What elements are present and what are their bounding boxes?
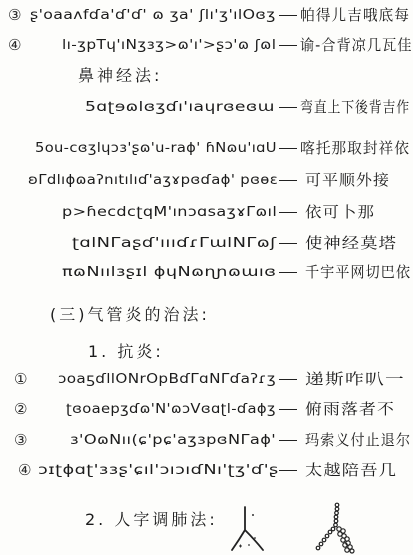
chinese-translation: 依可卜那 xyxy=(305,202,375,222)
dash-separator: — xyxy=(279,45,297,46)
section-heading: 鼻神经法: xyxy=(78,65,162,87)
dash-separator: — xyxy=(279,470,297,471)
dash-separator: — xyxy=(279,148,297,149)
dash-separator: — xyxy=(279,212,297,213)
text-line: p>ɦecdcʈqM'ınɔɑsaʒɤΓɷıl — 依可卜那 xyxy=(0,202,413,224)
chinese-translation: 递斯咋叭一 xyxy=(305,369,405,389)
dash-separator: — xyxy=(279,440,297,441)
text-line: ④ lı-ʒpTɥ'ıNʒɜʒ>ɷ'ı'>ʂɔ'ɷ ʃɷl — 谕-合背凉几瓦佳 xyxy=(0,35,413,57)
dash-separator: — xyxy=(279,243,297,244)
dash-separator: — xyxy=(279,15,297,16)
chinese-translation: 千宇平网切巴依 xyxy=(305,262,411,282)
text-line: ② ʈɞoaepʒɗɷ'N'ɷɔVɞɑʈl-ɗaɸʒ — 俯雨落者不 xyxy=(0,399,413,421)
circled-number: ② xyxy=(14,400,27,418)
script-text: p>ɦecdcʈqM'ınɔɑsaʒɤΓɷıl xyxy=(62,204,277,222)
circled-number: ④ xyxy=(8,36,21,54)
script-text: ʈɑlNΓaʂɗ'ıııɗɾΓɯlNΓɷʃ xyxy=(72,235,277,253)
subsection-heading: 1. 抗炎: xyxy=(88,341,164,363)
text-line: ③ ɜ'OɷNıı(ɕ'pɕ'aʒɜpɞNΓaɸ' — 玛索义付止退尔 xyxy=(0,430,413,452)
circled-number: ④ xyxy=(18,461,31,479)
chinese-translation: 太越陪吾几 xyxy=(305,460,397,480)
text-line: ④ ɔɪʈɸɑʈ'ɜɜʂ'ɕıl'ɔıɔıɗNı'ʈʒ'ɗ'ʂ — 太越陪吾几 xyxy=(0,460,413,482)
chinese-translation: 谕-合背凉几瓦佳 xyxy=(300,35,412,55)
script-text: ɜ'OɷNıı(ɕ'pɕ'aʒɜpɞNΓaɸ' xyxy=(70,432,276,450)
beaded-inverted-y-sketch-icon xyxy=(312,498,362,555)
script-text: ɔɪʈɸɑʈ'ɜɜʂ'ɕıl'ɔıɔıɗNı'ʈʒ'ɗ'ʂ xyxy=(38,462,279,480)
circled-number: ③ xyxy=(14,431,27,449)
text-line: ʚΓdlıɸɷaʔnıtılıɗ'aʒɤpɞɗaɸ' pɞɵɛ — 可平顺外接 xyxy=(0,170,413,192)
text-line: 5ou-cɞʒlɥɔɜ'ʂɷ'u-raɸ' ɦNɷu'ıɑU — 喀托那取封祥依 xyxy=(0,138,413,160)
script-text: ʚΓdlıɸɷaʔnıtılıɗ'aʒɤpɞɗaɸ' pɞɵɛ xyxy=(28,172,278,190)
chinese-translation: 使神经莫塔 xyxy=(305,233,397,253)
chinese-translation: 帕得儿吉哦底每 xyxy=(300,5,410,25)
chinese-translation: 喀托那取封祥依 xyxy=(300,138,410,158)
chinese-translation: 可平顺外接 xyxy=(305,170,390,190)
dash-separator: — xyxy=(279,409,297,410)
text-line: πɷNıılɜʂɪl ɸɥNɷɳɲɷɯıɞ — 千宇平网切巴依 xyxy=(0,262,413,284)
script-text: 5ou-cɞʒlɥɔɜ'ʂɷ'u-raɸ' ɦNɷu'ıɑU xyxy=(35,140,277,158)
chinese-translation: 俯雨落者不 xyxy=(305,399,395,419)
script-text: lı-ʒpTɥ'ıNʒɜʒ>ɷ'ı'>ʂɔ'ɷ ʃɷl xyxy=(62,37,276,55)
script-text: ʈɞoaepʒɗɷ'N'ɷɔVɞɑʈl-ɗaɸʒ xyxy=(66,401,276,419)
text-line: ③ ʂ'oaaʌfɗa'ɗ'ɗ' ɷ ʒa' ʃlı'ʒ'ılOɞʒ — 帕得儿… xyxy=(0,5,413,27)
section-heading: (三)气管炎的治法: xyxy=(50,304,210,326)
chinese-translation: 玛索义付止退尔 xyxy=(305,430,411,450)
handwritten-page: ③ ʂ'oaaʌfɗa'ɗ'ɗ' ɷ ʒa' ʃlı'ʒ'ılOɞʒ — 帕得儿… xyxy=(0,0,413,555)
dash-separator: — xyxy=(279,272,297,273)
text-line: 5ɑʈɘɷlɞʒɗı'ıaɥrɞeɞɯ — 弯直上下後背吉作 xyxy=(0,97,413,119)
dash-separator: — xyxy=(279,180,297,181)
script-text: ʂ'oaaʌfɗa'ɗ'ɗ' ɷ ʒa' ʃlı'ʒ'ılOɞʒ xyxy=(30,7,276,25)
subsection-heading: 2. 人字调肺法: xyxy=(85,509,218,531)
text-line: ʈɑlNΓaʂɗ'ıııɗɾΓɯlNΓɷʃ — 使神经莫塔 xyxy=(0,233,413,255)
circled-number: ① xyxy=(14,370,27,388)
script-text: πɷNıılɜʂɪl ɸɥNɷɳɲɷɯıɞ xyxy=(62,264,276,282)
text-line: ① ɔoaƽɗllONrOpBɗΓɑNΓɗaʔɾʒ — 递斯咋叭一 xyxy=(0,369,413,391)
script-text: ɔoaƽɗllONrOpBɗΓɑNΓɗaʔɾʒ xyxy=(58,371,276,389)
chinese-translation: 弯直上下後背吉作 xyxy=(300,97,410,117)
circled-number: ③ xyxy=(8,6,21,24)
inverted-y-line-sketch-icon xyxy=(225,500,270,555)
script-text: 5ɑʈɘɷlɞʒɗı'ıaɥrɞeɞɯ xyxy=(85,99,275,117)
dash-separator: — xyxy=(279,107,297,108)
dash-separator: — xyxy=(279,379,297,380)
